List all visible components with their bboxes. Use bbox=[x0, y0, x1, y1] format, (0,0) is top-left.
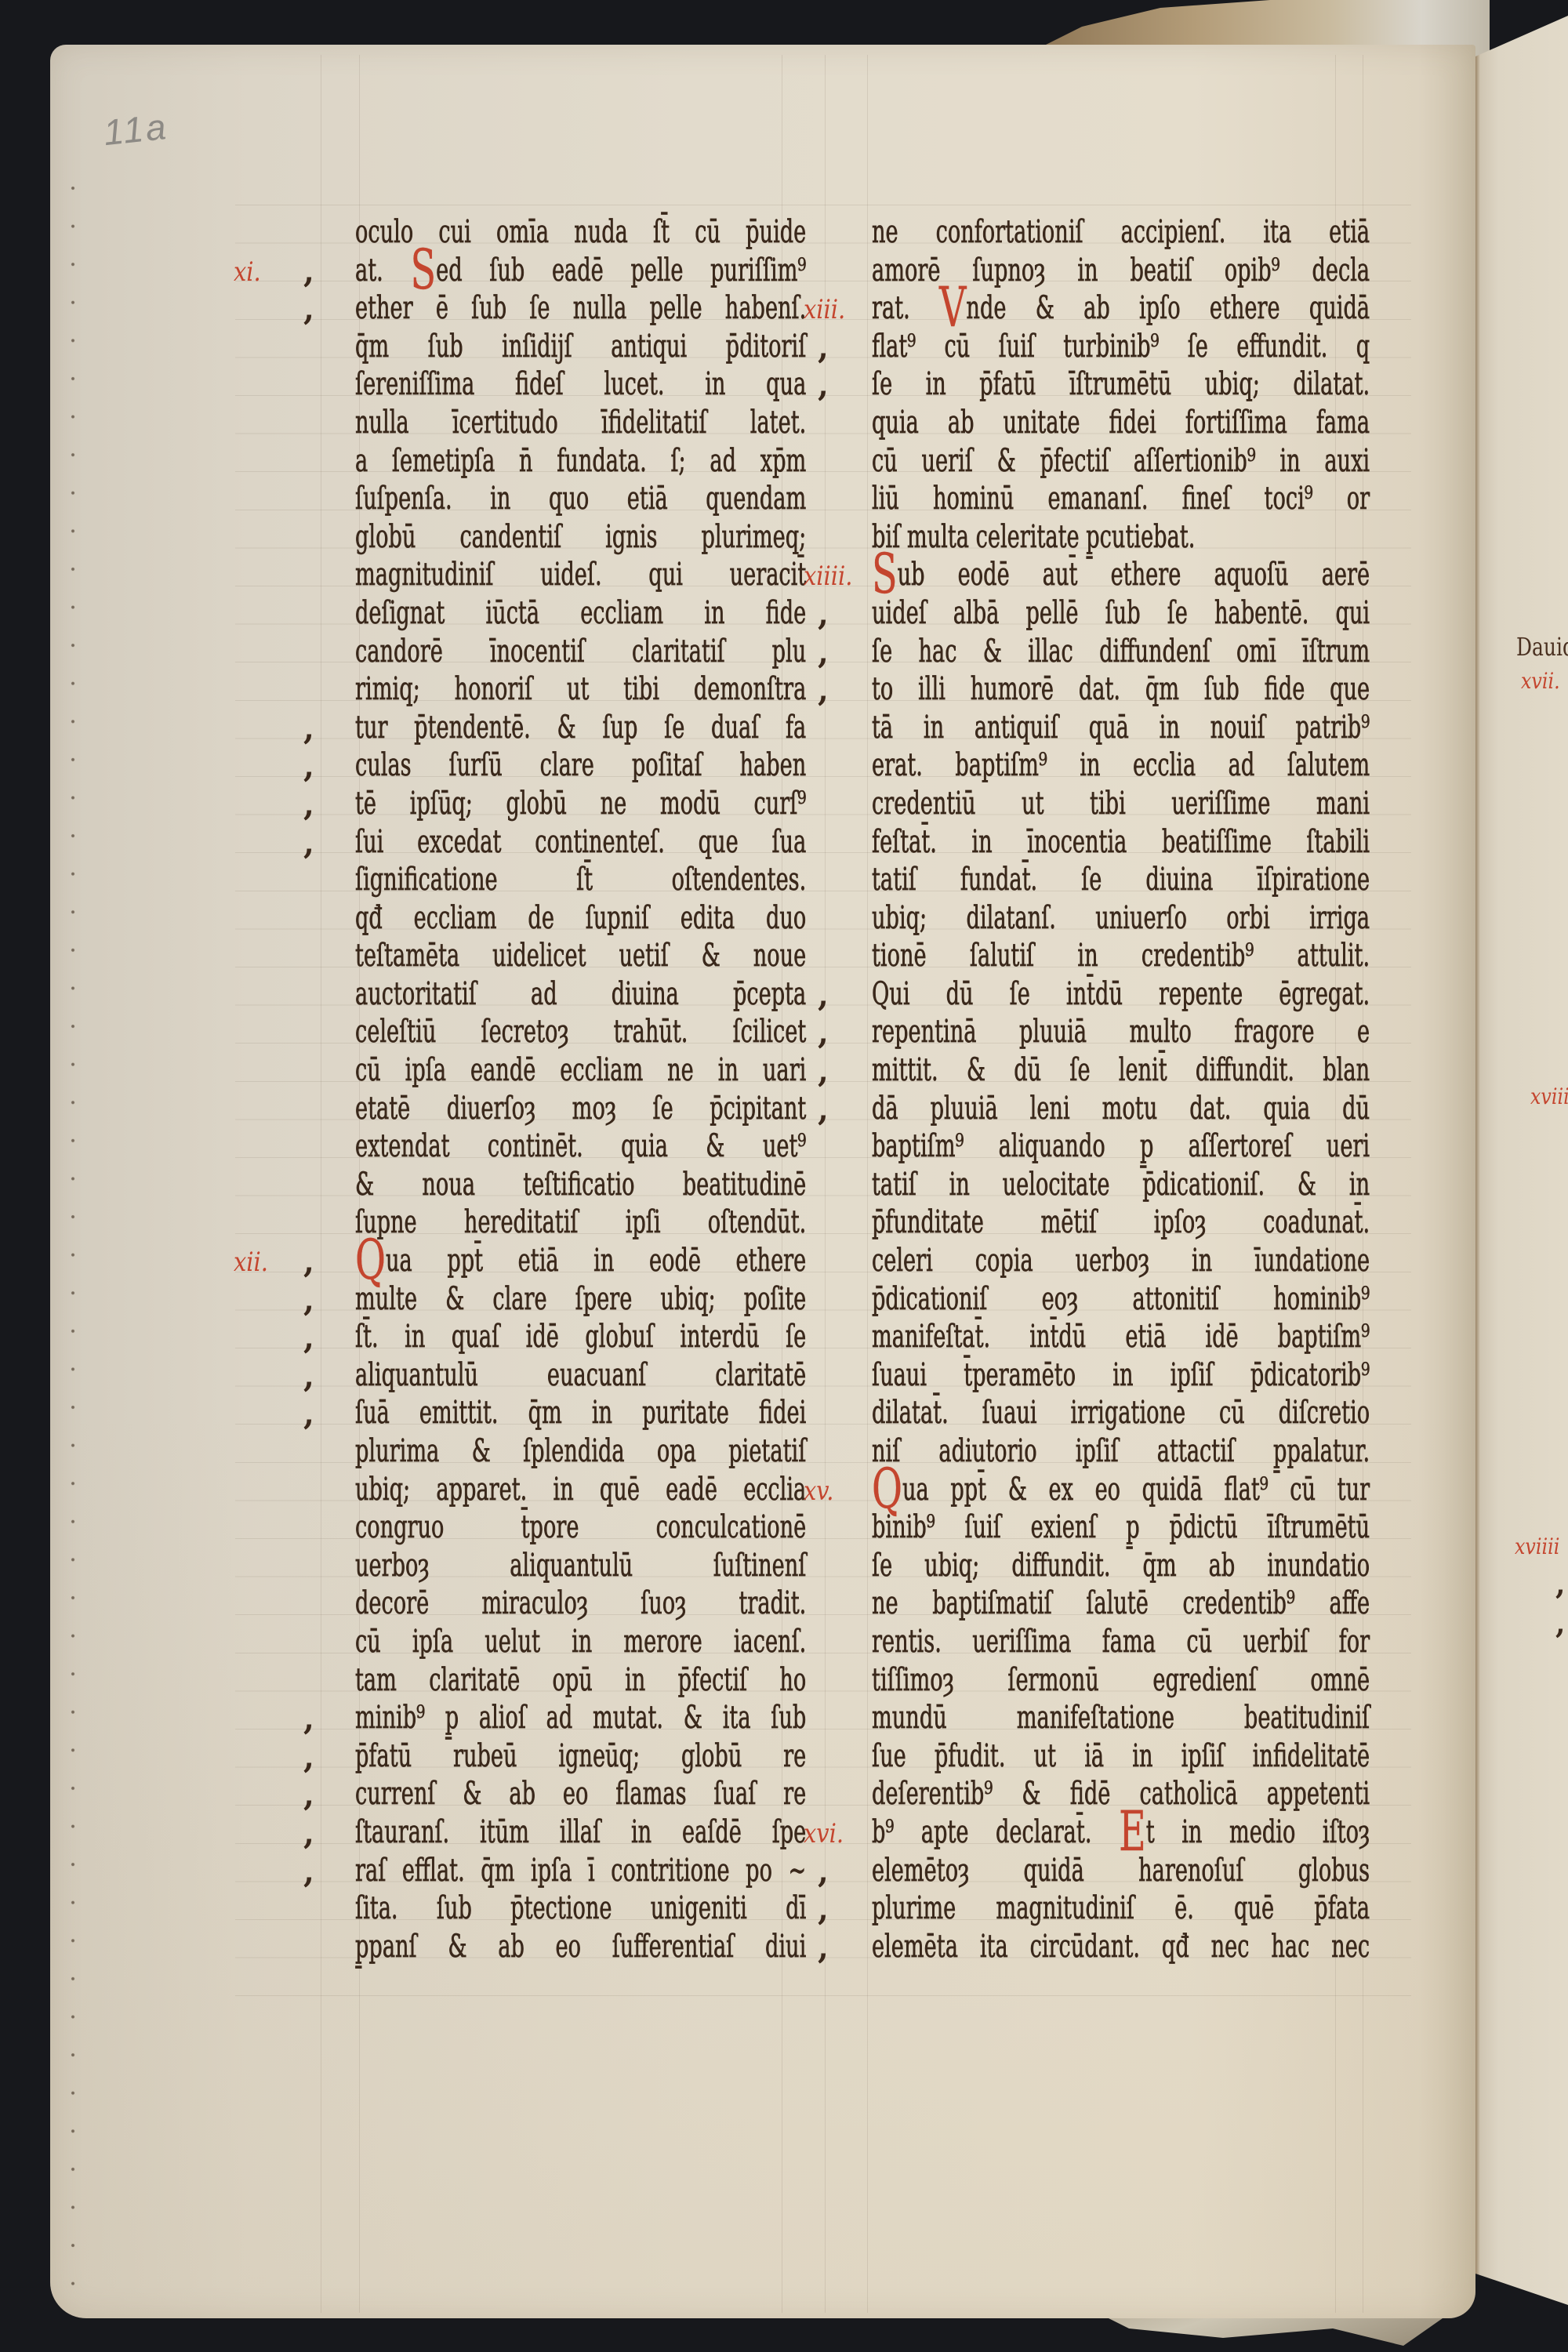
line-body: tē ipſūq; globū ne modū curſ⁹ bbox=[355, 786, 806, 822]
line-body: plurime magnitudiniſ ē. quē p̄fata bbox=[872, 1890, 1370, 1926]
line-body: cū ueriſ & p̄fectiſ aſſertionib⁹ in auxi bbox=[872, 443, 1370, 479]
line-body: ſuſpenſa. in quo etiā quendam bbox=[355, 481, 806, 517]
line-body: ed ſub eadē pelle puriſſim⁹ bbox=[436, 252, 806, 289]
line-text: mittit. & dū ſe lenit̄ diffundit. blan bbox=[872, 1051, 1370, 1090]
line-body: celeſtiū ſecretoȝ trahūt. ſcilicet bbox=[355, 1014, 806, 1050]
line-text: cū ueriſ & p̄fectiſ aſſertionib⁹ in auxi bbox=[872, 442, 1370, 481]
text-line: Qua ppt̄ & ex eo quidā flat⁹ cū tur bbox=[872, 1471, 1370, 1509]
marginal-mark: , bbox=[303, 1815, 314, 1853]
text-line: ne baptiſmatiſ ſalutē credentib⁹ affe bbox=[872, 1584, 1370, 1623]
line-body: a ſemetipſa n̄ fundata. ſ; ad xp̄m bbox=[355, 443, 806, 479]
text-line: , ſtauranſ. itūm illaſ in eaſdē ſpe xvi. bbox=[355, 1813, 806, 1852]
line-text: ſuā emittit. q̄m in puritate fidei bbox=[355, 1394, 806, 1432]
line-prefix: b⁹ apte declarat̄. bbox=[872, 1814, 1119, 1850]
facing-page-section-numeral: xviii bbox=[1530, 1083, 1568, 1109]
text-line: tiſſimoȝ ſermonū egredienſ omnē bbox=[872, 1661, 1370, 1700]
line-body: credentiū ut tibi ueriſſime mani bbox=[872, 786, 1370, 822]
line-text: ſita. ſub p̄tectione unigeniti dī bbox=[355, 1889, 806, 1928]
line-text: erat. baptiſm⁹ in ecclia ad ſalutem bbox=[872, 746, 1370, 785]
line-body: q̄m ſub inſidijſ antiqui p̄ditoriſ bbox=[355, 328, 806, 365]
line-text: elemēta ita circūdant. qđ nec hac nec bbox=[872, 1928, 1370, 1966]
line-body: ne confortationiſ accipienſ. ita etiā bbox=[872, 214, 1370, 250]
intercolumn-mark: , bbox=[818, 672, 829, 710]
text-line: candorē īnocentiſ claritatiſ plu , bbox=[355, 633, 806, 671]
line-body: rentis. ueriſſima fama cū uerbiſ for bbox=[872, 1624, 1370, 1660]
line-body: ſuā emittit. q̄m in puritate fidei bbox=[355, 1395, 806, 1431]
text-line: elemēta ita circūdant. qđ nec hac nec bbox=[872, 1928, 1370, 1966]
line-text: uideſ albā pellē ſub ſe habentē. qui bbox=[872, 594, 1370, 633]
text-line: extendat continēt. quia & uet⁹ bbox=[355, 1127, 806, 1166]
line-body: qđ eccliam de ſupniſ edita duo bbox=[355, 900, 806, 936]
line-body: ſupne hereditatiſ ipſi oſtendūt. bbox=[355, 1204, 806, 1240]
text-line: , multe & clare ſpere ubiq; poſite bbox=[355, 1280, 806, 1319]
text-line: tatiſ in uelocitate p̄dicationiſ. & in bbox=[872, 1166, 1370, 1204]
line-body: ſereniſſima fideſ lucet. in qua bbox=[355, 366, 806, 402]
text-line: ſita. ſub p̄tectione unigeniti dī , bbox=[355, 1889, 806, 1928]
line-text: rentis. ueriſſima fama cū uerbiſ for bbox=[872, 1623, 1370, 1661]
intercolumn-mark: , bbox=[818, 1891, 829, 1929]
line-text: ſe in p̄fatū īſtrumētū ubiq; dilatat. bbox=[872, 365, 1370, 404]
text-line: auctoritatiſ ad diuina p̄cepta , bbox=[355, 975, 806, 1014]
pricking-holes bbox=[70, 185, 76, 2294]
line-body: extendat continēt. quia & uet⁹ bbox=[355, 1128, 806, 1164]
line-text: ſe hac & illac diffundenſ omī īſtrum bbox=[872, 633, 1370, 671]
line-text: decorē miraculoȝ ſuoȝ tradit. bbox=[355, 1584, 806, 1623]
line-body: p̄dicationiſ eoȝ attonitiſ hominib⁹ bbox=[872, 1281, 1370, 1317]
text-line: baptiſm⁹ aliquando p̱ aſſertoreſ ueri bbox=[872, 1127, 1370, 1166]
text-line: p̱panſ & ab eo ſufferentiaſ diui , bbox=[355, 1928, 806, 1966]
intercolumn-mark: , bbox=[818, 977, 829, 1015]
intercolumn-section-numeral: xv. bbox=[804, 1472, 833, 1511]
line-body: congruo t̄pore conculcationē bbox=[355, 1509, 806, 1545]
line-text: dā pluuiā leni motu dat. quia dū bbox=[872, 1090, 1370, 1128]
text-line: , ether ē ſub ſe nulla pelle habenſ. xii… bbox=[355, 289, 806, 328]
line-body: dā pluuiā leni motu dat. quia dū bbox=[872, 1091, 1370, 1127]
line-body: niſ adiutorio ipſiſ attactiſ p̱palatur. bbox=[872, 1433, 1370, 1469]
text-line: binib⁹ ſuiſ exienſ p̱ p̄dictū īſtrumētū bbox=[872, 1508, 1370, 1547]
text-line: decorē miraculoȝ ſuoȝ tradit. bbox=[355, 1584, 806, 1623]
text-line: & noua teſtificatio beatitudinē bbox=[355, 1166, 806, 1204]
text-line: liū hominū emananſ. fineſ toci⁹ or bbox=[872, 480, 1370, 518]
line-text: baptiſm⁹ aliquando p̱ aſſertoreſ ueri bbox=[872, 1127, 1370, 1166]
text-line: xi. , at. Sed ſub eadē pelle puriſſim⁹ bbox=[355, 252, 806, 290]
marginal-mark: , bbox=[303, 1777, 314, 1815]
line-text: currenſ & ab eo flamas ſuaſ re bbox=[355, 1775, 806, 1813]
text-line: , tē ipſūq; globū ne modū curſ⁹ bbox=[355, 785, 806, 823]
line-body: liū hominū emananſ. fineſ toci⁹ or bbox=[872, 481, 1370, 517]
text-line: tam claritatē opū in p̄fectiſ ho bbox=[355, 1661, 806, 1700]
marginal-mark: , bbox=[303, 1853, 314, 1892]
line-body: biſ multa celeritate p̱cutiebat. bbox=[872, 519, 1195, 555]
line-text: p̄dicationiſ eoȝ attonitiſ hominib⁹ bbox=[872, 1280, 1370, 1319]
line-text: manifeſtat̄. int̄dū etiā idē baptiſm⁹ bbox=[872, 1318, 1370, 1356]
line-body: tatiſ in uelocitate p̄dicationiſ. & in bbox=[872, 1167, 1370, 1203]
text-line: cū ueriſ & p̄fectiſ aſſertionib⁹ in auxi bbox=[872, 442, 1370, 481]
text-line: , currenſ & ab eo flamas ſuaſ re bbox=[355, 1775, 806, 1813]
marginal-mark: , bbox=[303, 1243, 314, 1282]
line-body: ubiq; apparet. in quē eadē ecclia bbox=[355, 1472, 806, 1508]
marginal-mark: , bbox=[303, 1396, 314, 1434]
line-text: feſtat̄. in īnocentia beatiſſime ſtabili bbox=[872, 823, 1370, 862]
text-line: nulla īcertitudo īfidelitatiſ latet. bbox=[355, 404, 806, 442]
line-text: ubiq; apparet. in quē eadē ecclia bbox=[355, 1471, 806, 1509]
text-line: , aliquantulū euacuanſ claritatē bbox=[355, 1356, 806, 1395]
line-text: repentinā pluuiā multo fragore e bbox=[872, 1013, 1370, 1051]
line-body: & noua teſtificatio beatitudinē bbox=[355, 1167, 806, 1203]
text-line: etatē diuerſoȝ moȝ ſe p̄cipitant , bbox=[355, 1090, 806, 1128]
line-body: t in medio iſtoȝ bbox=[1146, 1814, 1370, 1850]
line-text: liū hominū emananſ. fineſ toci⁹ or bbox=[872, 480, 1370, 518]
text-line: repentinā pluuiā multo fragore e bbox=[872, 1013, 1370, 1051]
intercolumn-section-numeral: xiiii. bbox=[804, 557, 852, 596]
line-text: multe & clare ſpere ubiq; poſite bbox=[355, 1280, 806, 1319]
line-body: aliquantulū euacuanſ claritatē bbox=[355, 1357, 806, 1393]
marginal-mark: , bbox=[303, 1358, 314, 1396]
facing-page-marginal-mark: , bbox=[1555, 1568, 1566, 1601]
text-line: magnitudiniſ uideſ. qui ueracit̄ xiiii. bbox=[355, 556, 806, 594]
line-text: ſupne hereditatiſ ipſi oſtendūt. bbox=[355, 1203, 806, 1242]
text-line: Sub eodē aut̄ ethere aquoſū aerē bbox=[872, 556, 1370, 594]
line-body: mittit. & dū ſe lenit̄ diffundit. blan bbox=[872, 1052, 1370, 1088]
line-body: cū ipſa uelut in merore iacenſ. bbox=[355, 1624, 806, 1660]
text-line: ſupne hereditatiſ ipſi oſtendūt. bbox=[355, 1203, 806, 1242]
text-line: rat. Vnde & ab ipſo ethere quidā bbox=[872, 289, 1370, 328]
text-line: feſtat̄. in īnocentia beatiſſime ſtabili bbox=[872, 823, 1370, 862]
intercolumn-mark: , bbox=[818, 367, 829, 405]
line-text: elemētoȝ quidā harenoſuſ globus bbox=[872, 1852, 1370, 1890]
line-body: candorē īnocentiſ claritatiſ plu bbox=[355, 633, 806, 670]
line-text: biſ multa celeritate p̱cutiebat. bbox=[872, 518, 1370, 557]
text-line: tatiſ fundat̄. ſe diuina īſpiratione bbox=[872, 861, 1370, 899]
text-line: quia ab unitate fidei fortiſſima fama bbox=[872, 404, 1370, 442]
line-body: decorē miraculoȝ ſuoȝ tradit. bbox=[355, 1585, 806, 1621]
text-line: ſignificatione ſt̄ oſtendentes. bbox=[355, 861, 806, 899]
line-text: p̱panſ & ab eo ſufferentiaſ diui bbox=[355, 1928, 806, 1966]
text-line: rimiq; honoriſ ut tibi demonſtra , bbox=[355, 670, 806, 709]
facing-page-marginal-mark: , bbox=[1555, 1607, 1566, 1640]
text-line: ubiq; dilatanſ. uniuerſo orbi irriga bbox=[872, 899, 1370, 938]
line-text: mundū manifeſtatione beatitudiniſ bbox=[872, 1699, 1370, 1737]
text-line: niſ adiutorio ipſiſ attactiſ p̱palatur. bbox=[872, 1432, 1370, 1471]
line-text: Sub eodē aut̄ ethere aquoſū aerē bbox=[872, 556, 1370, 594]
line-body: magnitudiniſ uideſ. qui ueracit̄ bbox=[355, 557, 806, 593]
text-line: flat⁹ cū ſuiſ turbinib⁹ ſe effundit. q bbox=[872, 328, 1370, 366]
text-line: ſereniſſima fideſ lucet. in qua , bbox=[355, 365, 806, 404]
text-line: deſignat iūctā eccliam in fide , bbox=[355, 594, 806, 633]
text-line: b⁹ apte declarat̄. Et in medio iſtoȝ bbox=[872, 1813, 1370, 1852]
line-body: ſtauranſ. itūm illaſ in eaſdē ſpe bbox=[355, 1814, 806, 1850]
line-body: uerboȝ aliquantulū ſuſtinenſ bbox=[355, 1548, 806, 1584]
line-text: congruo t̄pore conculcationē bbox=[355, 1508, 806, 1547]
text-line: globū candentiſ ignis plurimeq; bbox=[355, 518, 806, 557]
line-text: q̄m ſub inſidijſ antiqui p̄ditoriſ bbox=[355, 328, 806, 366]
line-body: auctoritatiſ ad diuina p̄cepta bbox=[355, 976, 806, 1012]
line-body: deſignat iūctā eccliam in fide bbox=[355, 595, 806, 631]
line-text: ether ē ſub ſe nulla pelle habenſ. bbox=[355, 289, 806, 328]
line-prefix: at. bbox=[355, 252, 410, 289]
text-line: , ſt̄. in quaſ idē globuſ interdū ſe bbox=[355, 1318, 806, 1356]
line-body: multe & clare ſpere ubiq; poſite bbox=[355, 1281, 806, 1317]
text-line: ſuaui t̄peramēto in ipſiſ p̄dicatorib⁹ bbox=[872, 1356, 1370, 1395]
line-text: raſ efflat. q̄m ipſa ī contritione po ~ bbox=[355, 1852, 806, 1890]
text-line: p̄funditate mētiſ ipſoȝ coadunat̄. bbox=[872, 1203, 1370, 1242]
line-text: Qua ppt̄ etiā in eodē ethere bbox=[355, 1242, 806, 1280]
line-body: ub eodē aut̄ ethere aquoſū aerē bbox=[898, 557, 1370, 593]
marginal-mark: , bbox=[303, 786, 314, 825]
line-body: ſignificatione ſt̄ oſtendentes. bbox=[355, 862, 806, 898]
line-text: quia ab unitate fidei fortiſſima fama bbox=[872, 404, 1370, 442]
marginal-mark: , bbox=[303, 291, 314, 329]
line-text: Qui dū ſe int̄dū repente ēgregat. bbox=[872, 975, 1370, 1014]
line-text: etatē diuerſoȝ moȝ ſe p̄cipitant bbox=[355, 1090, 806, 1128]
text-line: ne confortationiſ accipienſ. ita etiā bbox=[872, 213, 1370, 252]
marginal-section-numeral: xii. bbox=[234, 1243, 268, 1282]
line-body: ſe hac & illac diffundenſ omī īſtrum bbox=[872, 633, 1370, 670]
line-body: binib⁹ ſuiſ exienſ p̱ p̄dictū īſtrumētū bbox=[872, 1509, 1370, 1545]
text-line: xii. , Qua ppt̄ etiā in eodē ethere bbox=[355, 1242, 806, 1280]
intercolumn-mark: , bbox=[818, 596, 829, 634]
line-prefix: rat. bbox=[872, 290, 939, 326]
line-text: extendat continēt. quia & uet⁹ bbox=[355, 1127, 806, 1166]
line-text: ſt̄. in quaſ idē globuſ interdū ſe bbox=[355, 1318, 806, 1356]
text-line: congruo t̄pore conculcationē bbox=[355, 1508, 806, 1547]
line-body: baptiſm⁹ aliquando p̱ aſſertoreſ ueri bbox=[872, 1128, 1370, 1164]
line-body: elemētoȝ quidā harenoſuſ globus bbox=[872, 1853, 1370, 1889]
intercolumn-mark: , bbox=[818, 329, 829, 368]
line-body: ua ppt̄ etiā in eodē ethere bbox=[386, 1243, 806, 1279]
line-text: to illi humorē dat. q̄m ſub fide que bbox=[872, 670, 1370, 709]
line-body: quia ab unitate fidei fortiſſima fama bbox=[872, 405, 1370, 441]
folio-number: 11a bbox=[101, 105, 170, 154]
line-body: ſue p̄fudit. ut iā in ipſiſ infidelitatē bbox=[872, 1738, 1370, 1774]
line-text: celeri copia uerboȝ in īundatione bbox=[872, 1242, 1370, 1280]
text-line: rentis. ueriſſima fama cū uerbiſ for bbox=[872, 1623, 1370, 1661]
line-text: uerboȝ aliquantulū ſuſtinenſ bbox=[355, 1547, 806, 1585]
line-body: ſuaui t̄peramēto in ipſiſ p̄dicatorib⁹ bbox=[872, 1357, 1370, 1393]
line-body: ſe ubiq; diffundit. q̄m ab inundatio bbox=[872, 1548, 1370, 1584]
line-body: ether ē ſub ſe nulla pelle habenſ. bbox=[355, 290, 806, 326]
line-body: celeri copia uerboȝ in īundatione bbox=[872, 1243, 1370, 1279]
text-line: to illi humorē dat. q̄m ſub fide que bbox=[872, 670, 1370, 709]
line-body: plurima & ſplendida opa pietatiſ bbox=[355, 1433, 806, 1469]
line-text: globū candentiſ ignis plurimeq; bbox=[355, 518, 806, 557]
line-text: credentiū ut tibi ueriſſime mani bbox=[872, 785, 1370, 823]
text-line: tionē ſalutiſ in credentib⁹ attulit. bbox=[872, 937, 1370, 975]
line-text: ne baptiſmatiſ ſalutē credentib⁹ affe bbox=[872, 1584, 1370, 1623]
text-line: mittit. & dū ſe lenit̄ diffundit. blan bbox=[872, 1051, 1370, 1090]
line-body: ua ppt̄ & ex eo quidā flat⁹ cū tur bbox=[902, 1472, 1370, 1508]
line-text: tā in antiquiſ quā in nouiſ patrib⁹ bbox=[872, 709, 1370, 747]
line-text: ubiq; dilatanſ. uniuerſo orbi irriga bbox=[872, 899, 1370, 938]
text-line: elemētoȝ quidā harenoſuſ globus bbox=[872, 1852, 1370, 1890]
intercolumn-mark: , bbox=[818, 1091, 829, 1130]
line-text: binib⁹ ſuiſ exienſ p̱ p̄dictū īſtrumētū bbox=[872, 1508, 1370, 1547]
text-line: , culas ſurſū clare poſitaſ haben bbox=[355, 746, 806, 785]
line-body: currenſ & ab eo flamas ſuaſ re bbox=[355, 1776, 806, 1812]
line-body: mundū manifeſtatione beatitudiniſ bbox=[872, 1700, 1370, 1736]
line-text: celeſtiū ſecretoȝ trahūt. ſcilicet bbox=[355, 1013, 806, 1051]
marginal-mark: , bbox=[303, 1282, 314, 1320]
line-text: rat. Vnde & ab ipſo ethere quidā bbox=[872, 289, 1370, 328]
line-body: p̄fatū rubeū igneūq; globū re bbox=[355, 1738, 806, 1774]
line-body: erat. baptiſm⁹ in ecclia ad ſalutem bbox=[872, 747, 1370, 783]
line-text: p̄funditate mētiſ ipſoȝ coadunat̄. bbox=[872, 1203, 1370, 1242]
line-body: ubiq; dilatanſ. uniuerſo orbi irriga bbox=[872, 900, 1370, 936]
text-line: p̄dicationiſ eoȝ attonitiſ hominib⁹ bbox=[872, 1280, 1370, 1319]
line-body: minib⁹ p̱ alioſ ad mutat. & ita ſub bbox=[355, 1700, 806, 1736]
line-text: flat⁹ cū ſuiſ turbinib⁹ ſe effundit. q bbox=[872, 328, 1370, 366]
marginal-mark: , bbox=[303, 825, 314, 863]
line-body: tiſſimoȝ ſermonū egredienſ omnē bbox=[872, 1662, 1370, 1698]
line-body: p̱panſ & ab eo ſufferentiaſ diui bbox=[355, 1929, 806, 1965]
marginal-mark: , bbox=[303, 748, 314, 786]
marginal-mark: , bbox=[303, 1700, 314, 1739]
intercolumn-section-numeral: xiii. bbox=[804, 291, 845, 329]
marginal-mark: , bbox=[303, 1739, 314, 1777]
line-text: tionē ſalutiſ in credentib⁹ attulit. bbox=[872, 937, 1370, 975]
text-line: , tur p̄tendentē. & ſup ſe duaſ fa bbox=[355, 709, 806, 747]
text-line: plurime magnitudiniſ ē. quē p̄fata bbox=[872, 1889, 1370, 1928]
line-text: tur p̄tendentē. & ſup ſe duaſ fa bbox=[355, 709, 806, 747]
text-line: dilatat̄. ſuaui irrigatione cū diſcretio bbox=[872, 1394, 1370, 1432]
line-body: ſui excedat continenteſ. que ſua bbox=[355, 824, 806, 860]
line-text: dilatat̄. ſuaui irrigatione cū diſcretio bbox=[872, 1394, 1370, 1432]
text-line: ſe in p̄fatū īſtrumētū ubiq; dilatat. bbox=[872, 365, 1370, 404]
line-text: tam claritatē opū in p̄fectiſ ho bbox=[355, 1661, 806, 1700]
line-text: minib⁹ p̱ alioſ ad mutat. & ita ſub bbox=[355, 1699, 806, 1737]
line-text: rimiq; honoriſ ut tibi demonſtra bbox=[355, 670, 806, 709]
intercolumn-section-numeral: xvi. bbox=[804, 1815, 844, 1853]
line-body: tur p̄tendentē. & ſup ſe duaſ fa bbox=[355, 710, 806, 746]
line-body: feſtat̄. in īnocentia beatiſſime ſtabili bbox=[872, 824, 1370, 860]
line-text: candorē īnocentiſ claritatiſ plu bbox=[355, 633, 806, 671]
line-text: qđ eccliam de ſupniſ edita duo bbox=[355, 899, 806, 938]
line-text: niſ adiutorio ipſiſ attactiſ p̱palatur. bbox=[872, 1432, 1370, 1471]
manuscript-photo: 11a oculo cui omīa nuda ſt̄ cū p̄uide xi… bbox=[0, 0, 1568, 2352]
line-body: ſita. ſub p̄tectione unigeniti dī bbox=[355, 1890, 806, 1926]
line-text: ſuaui t̄peramēto in ipſiſ p̄dicatorib⁹ bbox=[872, 1356, 1370, 1395]
text-line: plurima & ſplendida opa pietatiſ bbox=[355, 1432, 806, 1471]
facing-page-section-numeral: xvii. bbox=[1521, 668, 1560, 694]
vertical-ruling-line bbox=[321, 55, 321, 2313]
intercolumn-mark: , bbox=[818, 634, 829, 673]
text-line: ſe ubiq; diffundit. q̄m ab inundatio bbox=[872, 1547, 1370, 1585]
line-body: etatē diuerſoȝ moȝ ſe p̄cipitant bbox=[355, 1091, 806, 1127]
text-line: teſtamēta uidelicet uetiſ & noue bbox=[355, 937, 806, 975]
line-text: deſignat iūctā eccliam in fide bbox=[355, 594, 806, 633]
line-body: nulla īcertitudo īfidelitatiſ latet. bbox=[355, 405, 806, 441]
line-text: magnitudiniſ uideſ. qui ueracit̄ bbox=[355, 556, 806, 594]
marginal-mark: , bbox=[303, 1319, 314, 1358]
line-body: Qui dū ſe int̄dū repente ēgregat. bbox=[872, 976, 1370, 1012]
line-body: ſe in p̄fatū īſtrumētū ubiq; dilatat. bbox=[872, 366, 1370, 402]
line-text: tatiſ fundat̄. ſe diuina īſpiratione bbox=[872, 861, 1370, 899]
line-text: teſtamēta uidelicet uetiſ & noue bbox=[355, 937, 806, 975]
line-body: to illi humorē dat. q̄m ſub fide que bbox=[872, 671, 1370, 707]
line-text: ſtauranſ. itūm illaſ in eaſdē ſpe bbox=[355, 1813, 806, 1852]
line-text: a ſemetipſa n̄ fundata. ſ; ad xp̄m bbox=[355, 442, 806, 481]
line-text: cū ipſa uelut in merore iacenſ. bbox=[355, 1623, 806, 1661]
text-line: celeſtiū ſecretoȝ trahūt. ſcilicet , bbox=[355, 1013, 806, 1051]
line-text: tiſſimoȝ ſermonū egredienſ omnē bbox=[872, 1661, 1370, 1700]
text-line: credentiū ut tibi ueriſſime mani bbox=[872, 785, 1370, 823]
line-text: ne confortationiſ accipienſ. ita etiā bbox=[872, 213, 1370, 252]
text-line: celeri copia uerboȝ in īundatione bbox=[872, 1242, 1370, 1280]
line-body: flat⁹ cū ſuiſ turbinib⁹ ſe effundit. q bbox=[872, 328, 1370, 365]
text-line: biſ multa celeritate p̱cutiebat. bbox=[872, 518, 1370, 557]
facing-page-marginal-name: Dauid. bbox=[1516, 632, 1568, 662]
line-text: plurima & ſplendida opa pietatiſ bbox=[355, 1432, 806, 1471]
facing-page-edge bbox=[1475, 16, 1568, 2336]
line-body: repentinā pluuiā multo fragore e bbox=[872, 1014, 1370, 1050]
text-line: uerboȝ aliquantulū ſuſtinenſ bbox=[355, 1547, 806, 1585]
text-line: a ſemetipſa n̄ fundata. ſ; ad xp̄m bbox=[355, 442, 806, 481]
text-line: uideſ albā pellē ſub ſe habentē. qui bbox=[872, 594, 1370, 633]
line-text: culas ſurſū clare poſitaſ haben bbox=[355, 746, 806, 785]
text-line: ſe hac & illac diffundenſ omī īſtrum bbox=[872, 633, 1370, 671]
text-line: Qui dū ſe int̄dū repente ēgregat. bbox=[872, 975, 1370, 1014]
text-line: cū ipſa uelut in merore iacenſ. bbox=[355, 1623, 806, 1661]
text-line: ſuſpenſa. in quo etiā quendam bbox=[355, 480, 806, 518]
line-body: nde & ab ipſo ethere quidā bbox=[966, 290, 1370, 326]
facing-page-section-numeral: xviiii bbox=[1515, 1534, 1559, 1559]
line-text: Qua ppt̄ & ex eo quidā flat⁹ cū tur bbox=[872, 1471, 1370, 1509]
text-line: dā pluuiā leni motu dat. quia dū bbox=[872, 1090, 1370, 1128]
line-body: p̄funditate mētiſ ipſoȝ coadunat̄. bbox=[872, 1204, 1370, 1240]
line-text: ſe ubiq; diffundit. q̄m ab inundatio bbox=[872, 1547, 1370, 1585]
line-text: cū ipſa eandē eccliam ne in uari bbox=[355, 1051, 806, 1090]
line-text: ſereniſſima fideſ lucet. in qua bbox=[355, 365, 806, 404]
text-line: , p̄fatū rubeū igneūq; globū re bbox=[355, 1737, 806, 1776]
line-text: auctoritatiſ ad diuina p̄cepta bbox=[355, 975, 806, 1014]
text-line: , ſuā emittit. q̄m in puritate fidei bbox=[355, 1394, 806, 1432]
line-text: at. Sed ſub eadē pelle puriſſim⁹ bbox=[355, 252, 806, 290]
text-line: , raſ efflat. q̄m ipſa ī contritione po … bbox=[355, 1852, 806, 1890]
text-line: q̄m ſub inſidijſ antiqui p̄ditoriſ , bbox=[355, 328, 806, 366]
line-text: p̄fatū rubeū igneūq; globū re bbox=[355, 1737, 806, 1776]
line-text: ſui excedat continenteſ. que ſua bbox=[355, 823, 806, 862]
text-line: , ſui excedat continenteſ. que ſua bbox=[355, 823, 806, 862]
line-text: ſue p̄fudit. ut iā in ipſiſ infidelitatē bbox=[872, 1737, 1370, 1776]
line-body: tatiſ fundat̄. ſe diuina īſpiratione bbox=[872, 862, 1370, 898]
line-body: teſtamēta uidelicet uetiſ & noue bbox=[355, 938, 806, 974]
line-body: rimiq; honoriſ ut tibi demonſtra bbox=[355, 671, 806, 707]
text-column-right: ne confortationiſ accipienſ. ita etiā am… bbox=[872, 213, 1370, 1965]
text-line: cū ipſa eandē eccliam ne in uari , bbox=[355, 1051, 806, 1090]
line-text: ſignificatione ſt̄ oſtendentes. bbox=[355, 861, 806, 899]
marginal-section-numeral: xi. bbox=[234, 253, 261, 292]
line-text: plurime magnitudiniſ ē. quē p̄fata bbox=[872, 1889, 1370, 1928]
intercolumn-mark: , bbox=[818, 1853, 829, 1892]
line-body: manifeſtat̄. int̄dū etiā idē baptiſm⁹ bbox=[872, 1319, 1370, 1355]
line-body: ne baptiſmatiſ ſalutē credentib⁹ affe bbox=[872, 1585, 1370, 1621]
intercolumn-mark: , bbox=[818, 1053, 829, 1091]
text-line: ſue p̄fudit. ut iā in ipſiſ infidelitatē bbox=[872, 1737, 1370, 1776]
intercolumn-mark: , bbox=[818, 1014, 829, 1053]
line-text: tē ipſūq; globū ne modū curſ⁹ bbox=[355, 785, 806, 823]
text-line: , minib⁹ p̱ alioſ ad mutat. & ita ſub bbox=[355, 1699, 806, 1737]
line-body: tam claritatē opū in p̄fectiſ ho bbox=[355, 1662, 806, 1698]
line-body: elemēta ita circūdant. qđ nec hac nec bbox=[872, 1929, 1370, 1965]
marginal-mark: , bbox=[303, 253, 314, 292]
line-text: tatiſ in uelocitate p̄dicationiſ. & in bbox=[872, 1166, 1370, 1204]
vertical-ruling-line bbox=[867, 55, 868, 2313]
line-text: aliquantulū euacuanſ claritatē bbox=[355, 1356, 806, 1395]
text-line: erat. baptiſm⁹ in ecclia ad ſalutem bbox=[872, 746, 1370, 785]
line-body: raſ efflat. q̄m ipſa ī contritione po ~ bbox=[355, 1853, 806, 1889]
text-line: mundū manifeſtatione beatitudiniſ bbox=[872, 1699, 1370, 1737]
text-line: tā in antiquiſ quā in nouiſ patrib⁹ bbox=[872, 709, 1370, 747]
